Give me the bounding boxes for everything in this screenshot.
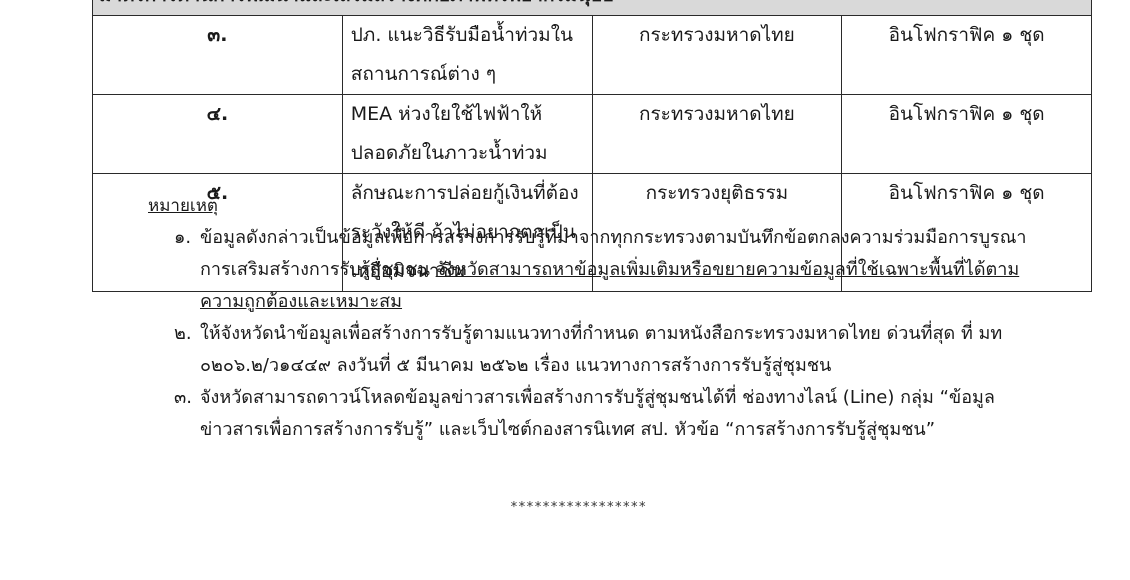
- row-number: ๔.: [93, 95, 343, 174]
- note-item: ๓. จังหวัดสามารถดาวน์โหลดข้อมูลข่าวสารเพ…: [148, 382, 1050, 446]
- note-text: ให้จังหวัดนำข้อมูลเพื่อสร้างการรับรู้ตาม…: [200, 323, 1002, 376]
- row-format: อินโฟกราฟิค ๑ ชุด: [842, 95, 1092, 174]
- note-number: ๒.: [174, 318, 192, 350]
- section-header-text: มาตรการด้านการพัฒนาและเสริมสร้างศักยภาพท…: [93, 0, 1091, 3]
- note-item: ๑. ข้อมูลดังกล่าวเป็นข้อมูลเพื่อการสร้าง…: [148, 222, 1050, 318]
- row-title: ปภ. แนะวิธีรับมือน้ำท่วมในสถานการณ์ต่าง …: [342, 16, 592, 95]
- notes-section: หมายเหตุ ๑. ข้อมูลดังกล่าวเป็นข้อมูลเพื่…: [148, 190, 1048, 446]
- section-header-cell: มาตรการด้านการพัฒนาและเสริมสร้างศักยภาพท…: [93, 0, 1092, 16]
- notes-heading: หมายเหตุ: [148, 192, 218, 220]
- note-item: ๒. ให้จังหวัดนำข้อมูลเพื่อสร้างการรับรู้…: [148, 318, 1050, 382]
- row-ministry: กระทรวงมหาดไทย: [592, 95, 842, 174]
- note-number: ๑.: [174, 222, 191, 254]
- table-row: ๔. MEA ห่วงใยใช้ไฟฟ้าให้ปลอดภัยในภาวะน้ำ…: [93, 95, 1092, 174]
- row-ministry: กระทรวงมหาดไทย: [592, 16, 842, 95]
- row-number: ๓.: [93, 16, 343, 95]
- row-format: อินโฟกราฟิค ๑ ชุด: [842, 16, 1092, 95]
- note-text: จังหวัดสามารถดาวน์โหลดข้อมูลข่าวสารเพื่อ…: [200, 387, 995, 440]
- end-of-document-mark: *****************: [510, 500, 646, 515]
- row-title: MEA ห่วงใยใช้ไฟฟ้าให้ปลอดภัยในภาวะน้ำท่ว…: [342, 95, 592, 174]
- section-header-row: มาตรการด้านการพัฒนาและเสริมสร้างศักยภาพท…: [93, 0, 1092, 16]
- note-number: ๓.: [174, 382, 192, 414]
- table-row: ๓. ปภ. แนะวิธีรับมือน้ำท่วมในสถานการณ์ต่…: [93, 16, 1092, 95]
